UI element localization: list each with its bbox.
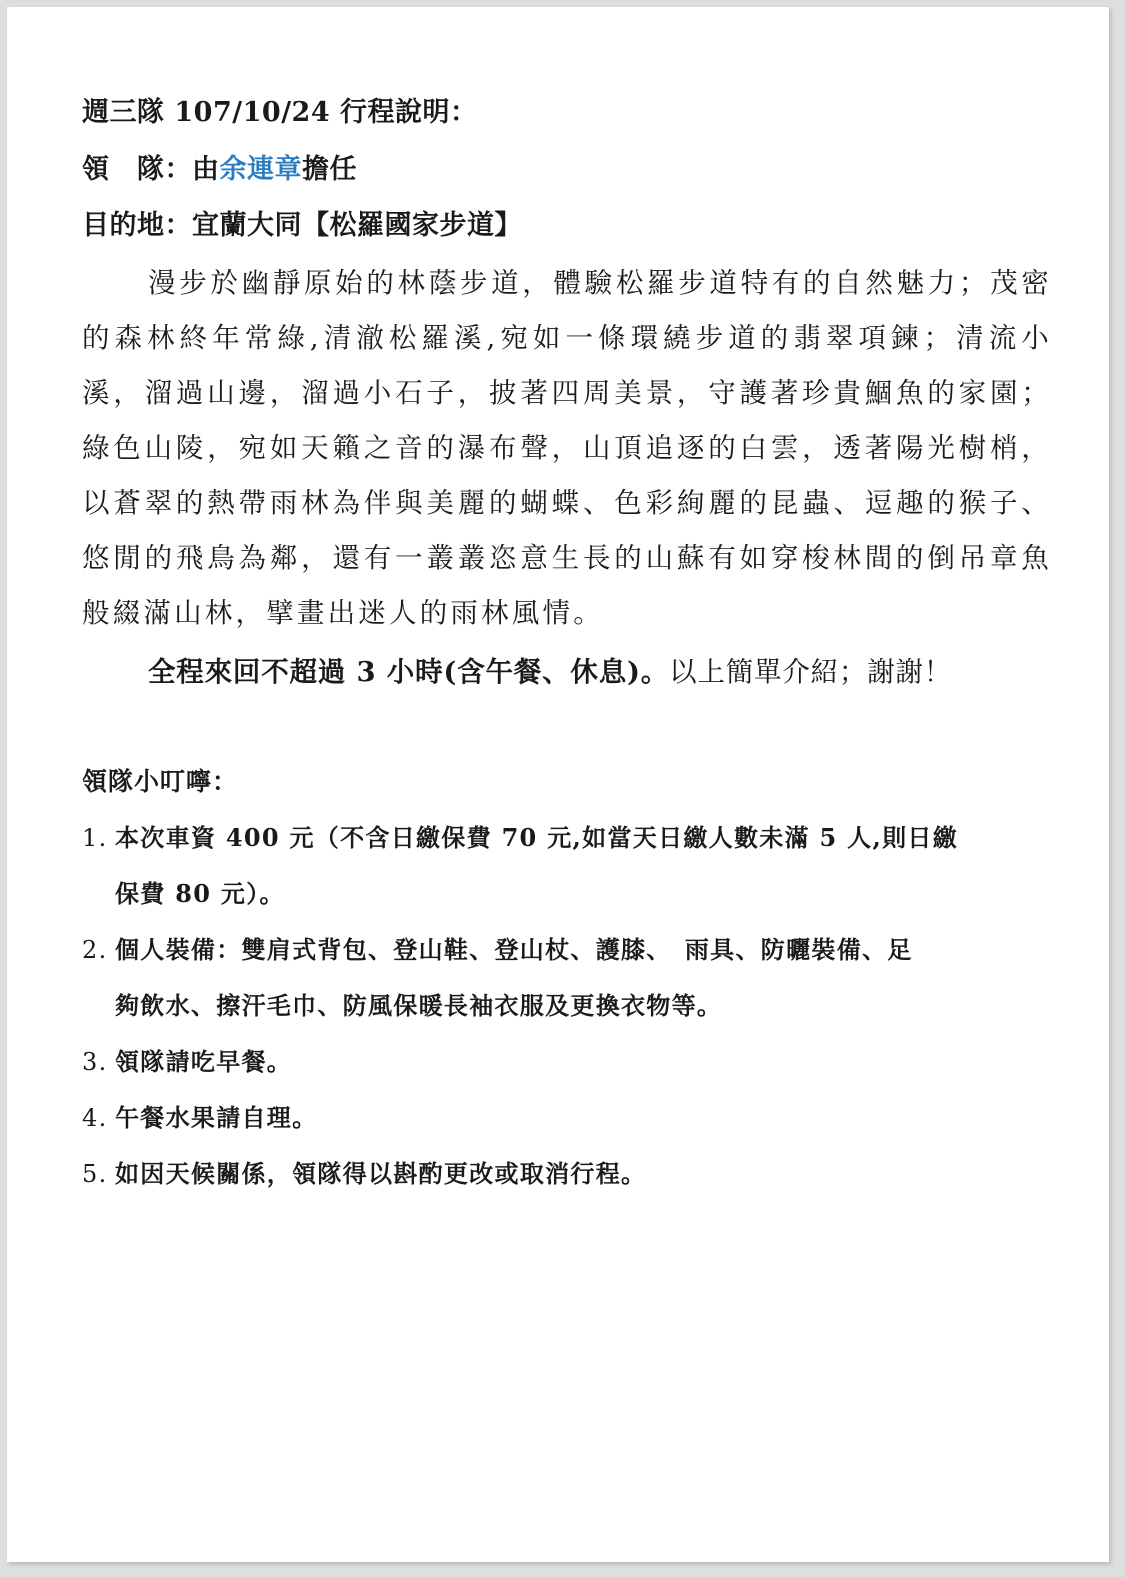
note-number: 5. bbox=[82, 1146, 115, 1202]
summary-closing: 以上簡單介紹；謝謝！ bbox=[669, 656, 952, 688]
description-paragraph: 漫步於幽靜原始的林蔭步道，體驗松羅步道特有的自然魅力；茂密的森林終年常綠,清澈松… bbox=[82, 256, 1052, 641]
note-text-continued: 保費 80 元）。 bbox=[82, 866, 1057, 922]
note-number: 1. bbox=[82, 810, 115, 866]
note-number: 4. bbox=[82, 1090, 115, 1146]
note-text: 個人裝備：雙肩式背包、登山鞋、登山杖、護膝、 雨具、防曬裝備、足 bbox=[115, 935, 913, 964]
notes-title: 領隊小叮嚀： bbox=[82, 762, 238, 802]
leader-prefix: 由 bbox=[192, 154, 220, 185]
note-text: 如因天候關係，領隊得以斟酌更改或取消行程。 bbox=[115, 1159, 646, 1188]
note-item-5: 5.如因天候關係，領隊得以斟酌更改或取消行程。 bbox=[82, 1146, 1057, 1202]
destination-value: 宜蘭大同【松羅國家步道】 bbox=[192, 210, 522, 241]
destination-line: 目的地：宜蘭大同【松羅國家步道】 bbox=[82, 206, 522, 246]
note-item-4: 4.午餐水果請自理。 bbox=[82, 1090, 1057, 1146]
note-number: 2. bbox=[82, 922, 115, 978]
note-number: 3. bbox=[82, 1034, 115, 1090]
note-item-3: 3.領隊請吃早餐。 bbox=[82, 1034, 1057, 1090]
leader-line: 領 隊：由余連章擔任 bbox=[82, 150, 357, 190]
document-page: 週三隊 107/10/24 行程說明： 領 隊：由余連章擔任 目的地：宜蘭大同【… bbox=[7, 7, 1109, 1562]
document-title: 週三隊 107/10/24 行程說明： bbox=[82, 93, 478, 133]
note-text: 本次車資 400 元（不含日繳保費 70 元,如當天日繳人數未滿 5 人,則日繳 bbox=[115, 823, 958, 852]
note-item-2: 2.個人裝備：雙肩式背包、登山鞋、登山杖、護膝、 雨具、防曬裝備、足 夠飲水、擦… bbox=[82, 922, 1057, 1034]
summary-line: 全程來回不超過 3 小時(含午餐、休息)。以上簡單介紹；謝謝！ bbox=[148, 652, 952, 692]
note-item-1: 1.本次車資 400 元（不含日繳保費 70 元,如當天日繳人數未滿 5 人,則… bbox=[82, 810, 1057, 922]
leader-label: 領 隊： bbox=[82, 154, 192, 185]
note-text: 午餐水果請自理。 bbox=[115, 1103, 317, 1132]
leader-name: 余連章 bbox=[220, 154, 303, 185]
summary-duration: 全程來回不超過 3 小時(含午餐、休息)。 bbox=[148, 656, 669, 688]
note-text-continued: 夠飲水、擦汗毛巾、防風保暖長袖衣服及更換衣物等。 bbox=[82, 978, 1057, 1034]
note-text: 領隊請吃早餐。 bbox=[115, 1047, 292, 1076]
destination-label: 目的地： bbox=[82, 210, 192, 241]
leader-suffix: 擔任 bbox=[302, 154, 357, 185]
